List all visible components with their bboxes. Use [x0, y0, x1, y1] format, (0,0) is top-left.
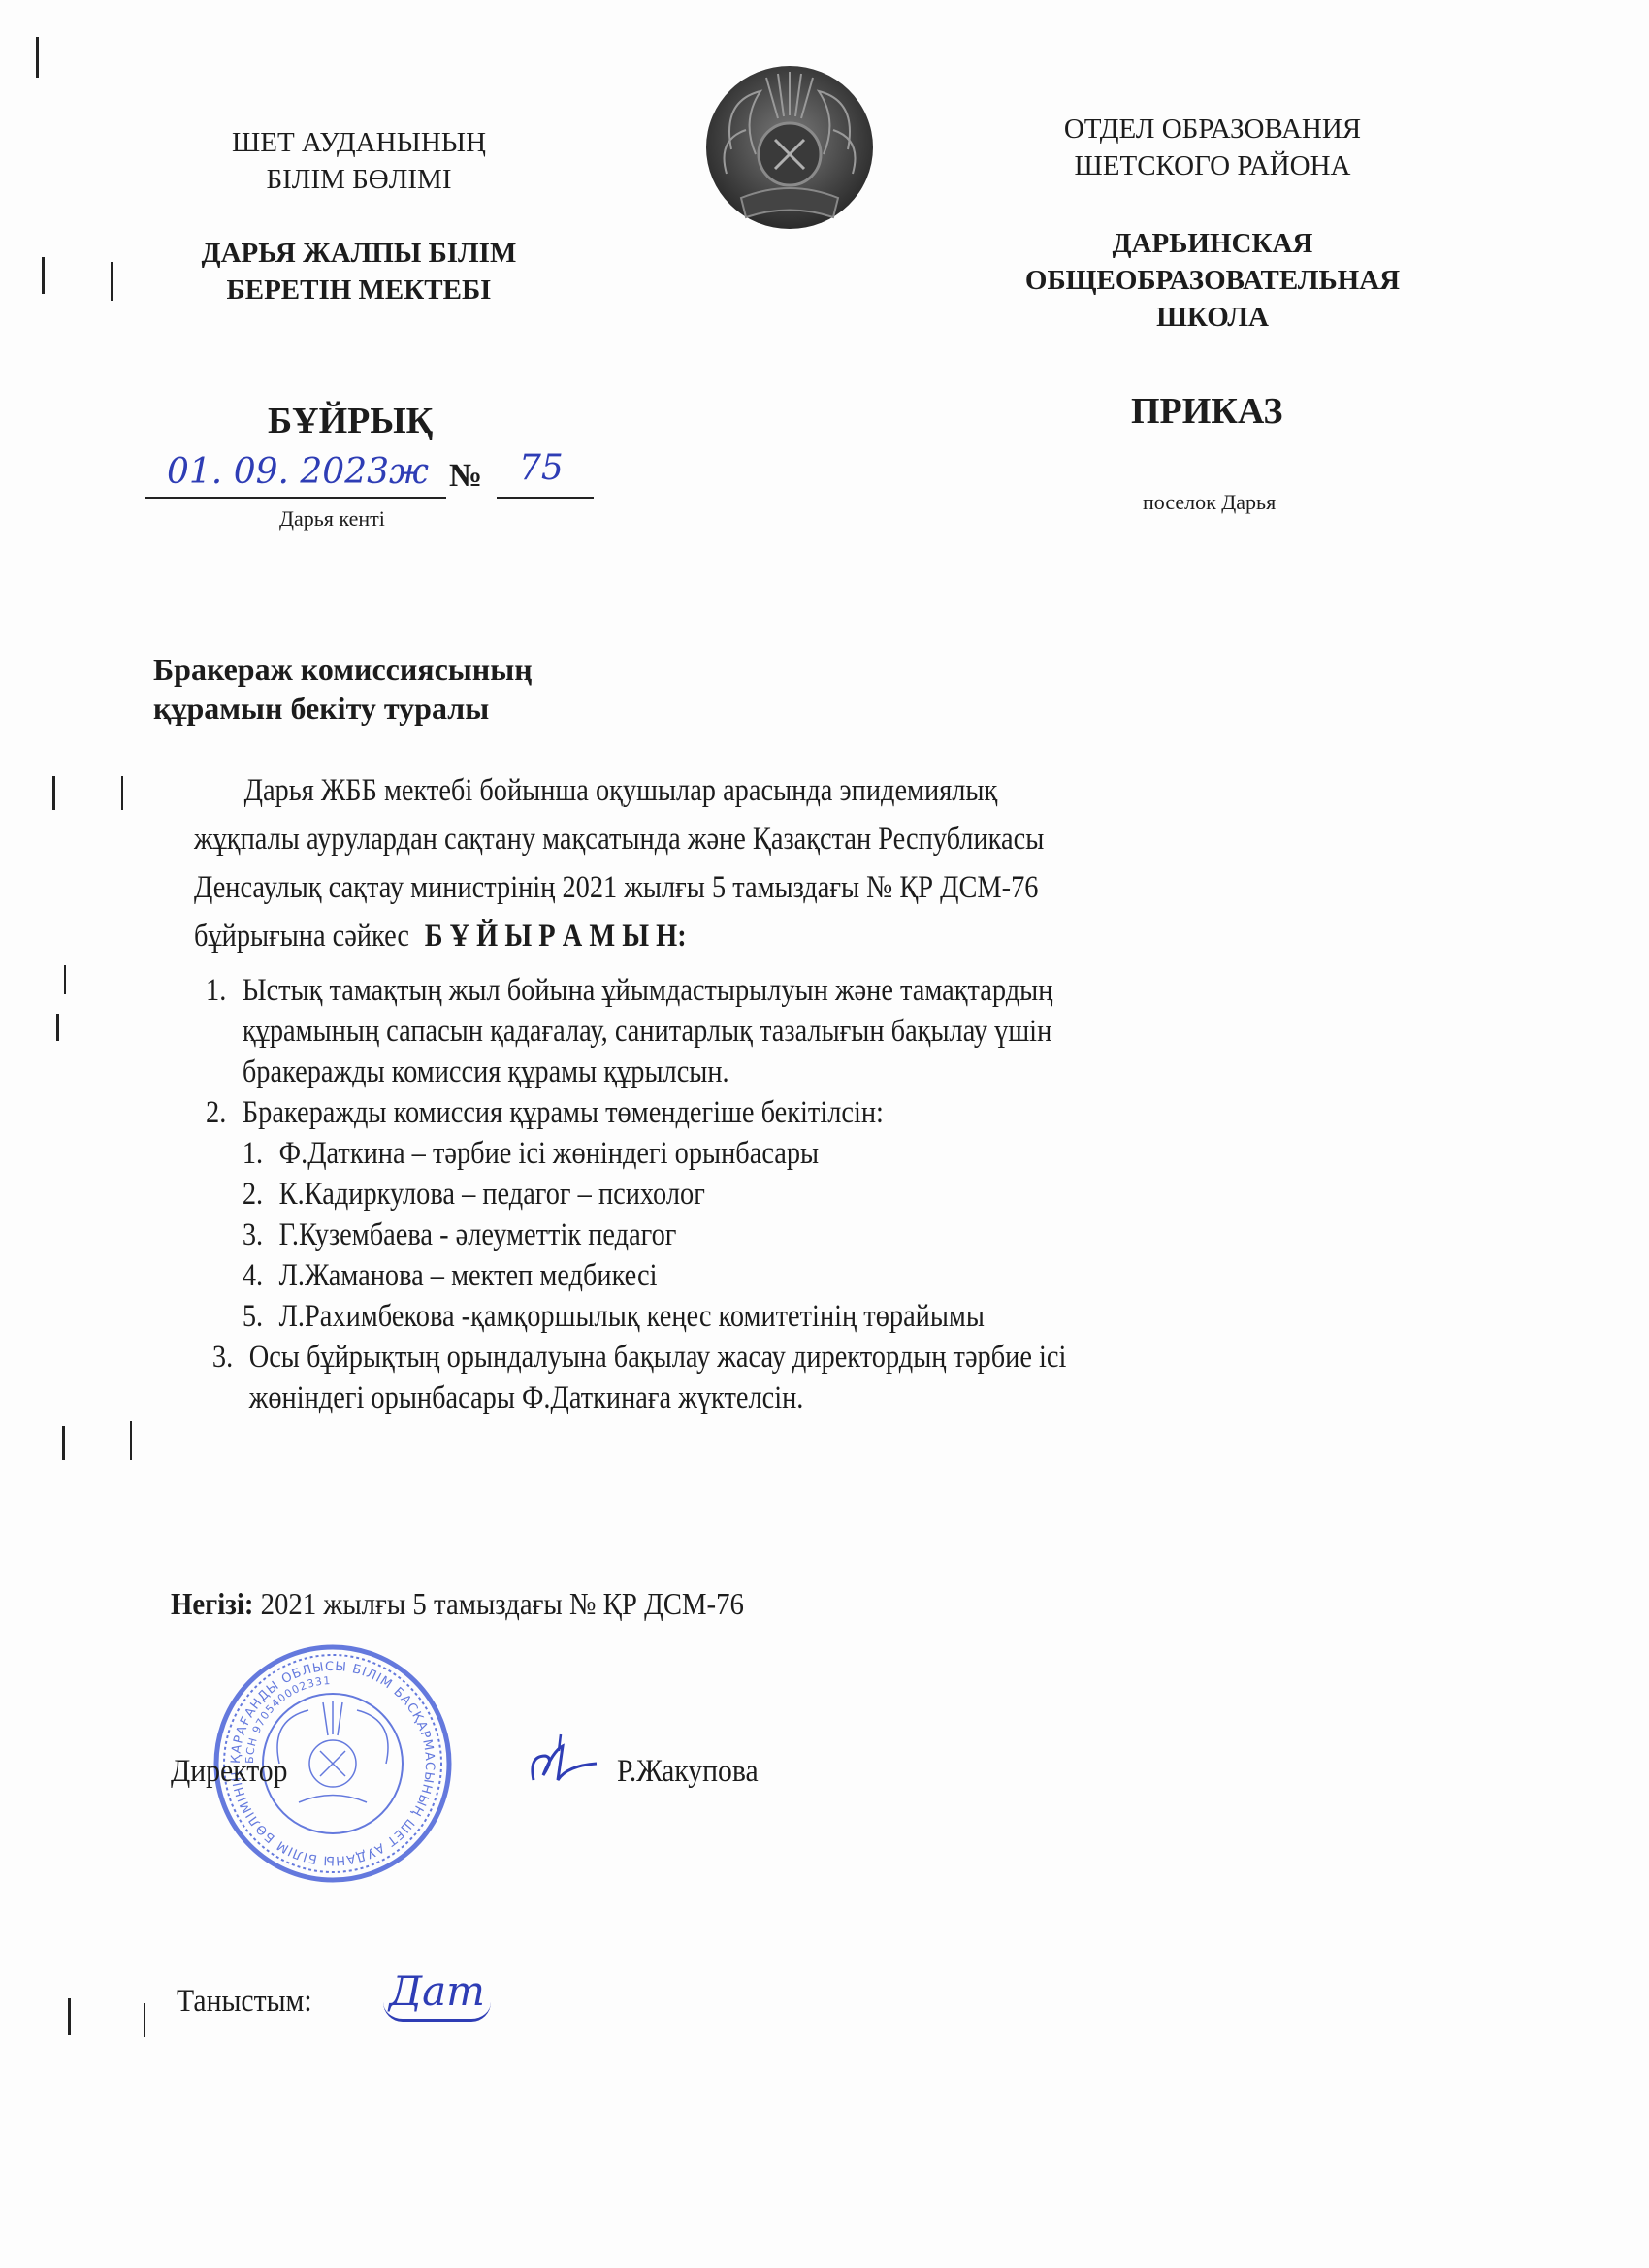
subject-line-2: құрамын бекіту туралы	[153, 689, 533, 728]
scan-mark	[64, 965, 66, 994]
header-left: ШЕТ АУДАНЫНЫҢ БІЛІМ БӨЛІМІ ДАРЬЯ ЖАЛПЫ Б…	[175, 124, 543, 308]
member-number: 4.	[242, 1255, 279, 1296]
order-item-text: Осы бұйрықтың орындалуына бақылау жасау …	[249, 1340, 1067, 1375]
member-text: Ф.Даткина – тәрбие ісі жөніндегі орынбас…	[279, 1136, 819, 1171]
scan-mark	[68, 1998, 71, 2035]
scan-mark	[42, 257, 45, 294]
member-number: 3.	[242, 1215, 279, 1255]
member-text: Л.Жаманова – мектеп медбикесі	[279, 1258, 658, 1293]
subject-line-1: Бракераж комиссиясының	[153, 650, 533, 689]
svg-text:БСН 970540002331: БСН 970540002331	[243, 1674, 332, 1764]
order-item-text: құрамының сапасын қадағалау, санитарлық …	[206, 1011, 1066, 1052]
dept-name-kz-2: БІЛІМ БӨЛІМІ	[175, 161, 543, 198]
member-item: 4.Л.Жаманова – мектеп медбикесі	[242, 1255, 1067, 1296]
order-item-2: 2.Бракеражды комиссия құрамы төмендегіше…	[206, 1092, 1066, 1337]
member-number: 2.	[242, 1174, 279, 1215]
school-name-ru-2: ОБЩЕОБРАЗОВАТЕЛЬНАЯ	[960, 262, 1465, 299]
order-item-3: 3.Осы бұйрықтың орындалуына бақылау жаса…	[206, 1337, 1066, 1418]
acknowledged-signature: Дат	[383, 1967, 491, 2022]
school-name-kz: ДАРЬЯ ЖАЛПЫ БІЛІМ	[175, 235, 543, 272]
scan-mark	[144, 2003, 145, 2037]
acknowledged-label: Таныстым:	[177, 1984, 312, 2020]
order-item-number: 3.	[212, 1337, 249, 1377]
orders-list: 1.Ыстық тамақтың жыл бойына ұйымдастырыл…	[206, 970, 1066, 1418]
director-name: Р.Жакупова	[617, 1754, 759, 1790]
member-number: 1.	[242, 1133, 279, 1174]
scan-mark	[121, 776, 123, 810]
order-item-number: 2.	[206, 1092, 242, 1133]
dept-name-kz: ШЕТ АУДАНЫНЫҢ	[175, 124, 543, 161]
member-text: Л.Рахимбекова -қамқоршылық кеңес комитет…	[279, 1299, 985, 1334]
scan-mark	[52, 776, 55, 810]
school-name-kz-2: БЕРЕТІН МЕКТЕБІ	[175, 272, 543, 308]
member-number: 5.	[242, 1296, 279, 1337]
order-item-text: жөніндегі орынбасары Ф.Даткинаға жүктелс…	[212, 1377, 1067, 1418]
doc-type-kz: БҰЙРЫҚ	[268, 400, 433, 442]
basis-label: Негізі:	[171, 1586, 253, 1621]
scan-mark	[111, 262, 113, 301]
preamble-line-3: Денсаулық сақтау министрінің 2021 жылғы …	[194, 863, 1044, 912]
preamble: Дарья ЖББ мектебі бойынша оқушылар арасы…	[194, 766, 1044, 960]
member-text: К.Кадиркулова – педагог – психолог	[279, 1177, 705, 1212]
state-emblem-icon	[702, 62, 877, 232]
scan-mark	[62, 1426, 65, 1460]
member-item: 3.Г.Куземб­аева - әлеуметтік педагог	[242, 1215, 1067, 1255]
order-item-text: Бракеражды комиссия құрамы төмендегіше б…	[242, 1095, 884, 1130]
preamble-line-4: бұйрығына сәйкес	[194, 919, 409, 954]
scan-mark	[130, 1421, 132, 1460]
scan-mark	[56, 1014, 59, 1041]
place-ru: поселок Дарья	[1143, 490, 1276, 515]
basis-text: 2021 жылғы 5 тамыздағы № ҚР ДСМ-76	[261, 1586, 744, 1621]
order-item-1: 1.Ыстық тамақтың жыл бойына ұйымдастырыл…	[206, 970, 1066, 1092]
header-right: ОТДЕЛ ОБРАЗОВАНИЯ ШЕТСКОГО РАЙОНА ДАРЬИН…	[1009, 111, 1416, 336]
dept-name-ru-2: ШЕТСКОГО РАЙОНА	[1009, 147, 1416, 184]
order-number: 75	[519, 448, 564, 488]
member-item: 1.Ф.Даткина – тәрбие ісі жөніндегі орынб…	[242, 1133, 1067, 1174]
commission-members: 1.Ф.Даткина – тәрбие ісі жөніндегі орынб…	[206, 1133, 1066, 1337]
order-subject: Бракераж комиссиясының құрамын бекіту ту…	[153, 650, 533, 728]
preamble-line-1: Дарья ЖББ мектебі бойынша оқушылар арасы…	[194, 766, 1044, 815]
scan-mark	[36, 37, 39, 78]
order-item-number: 1.	[206, 970, 242, 1011]
stamp-inner-text: БСН 970540002331	[243, 1674, 332, 1764]
director-signature-icon	[524, 1727, 601, 1795]
order-date: 01. 09. 2023ж	[167, 452, 429, 492]
number-underline	[497, 497, 594, 499]
date-underline	[145, 497, 446, 499]
member-item: 2.К.Кадиркулова – педагог – психолог	[242, 1174, 1067, 1215]
preamble-line-2: жұқпалы аурулардан сақтану мақсатында жә…	[194, 815, 1044, 863]
order-item-text: Ыстық тамақтың жыл бойына ұйымдастырылуы…	[242, 973, 1053, 1008]
order-item-text: бракеражды комиссия құрамы құрылсын.	[206, 1052, 1066, 1092]
school-name-ru-3: ШКОЛА	[1009, 299, 1416, 336]
basis: Негізі: 2021 жылғы 5 тамыздағы № ҚР ДСМ-…	[171, 1586, 744, 1622]
order-keyword: Б Ұ Й Ы Р А М Ы Н:	[425, 919, 687, 954]
member-item: 5.Л.Рахимбекова -қамқоршылық кеңес комит…	[242, 1296, 1067, 1337]
dept-name-ru: ОТДЕЛ ОБРАЗОВАНИЯ	[1009, 111, 1416, 147]
director-role: Директор	[171, 1754, 288, 1790]
number-sign: №	[449, 458, 482, 495]
member-text: Г.Куземб­аева - әлеуметтік педагог	[279, 1217, 677, 1252]
school-name-ru: ДАРЬИНСКАЯ	[1009, 225, 1416, 262]
place-kz: Дарья кенті	[279, 506, 385, 532]
date-number-row: 01. 09. 2023ж № 75	[145, 446, 601, 504]
doc-type-ru: ПРИКАЗ	[1131, 390, 1282, 433]
